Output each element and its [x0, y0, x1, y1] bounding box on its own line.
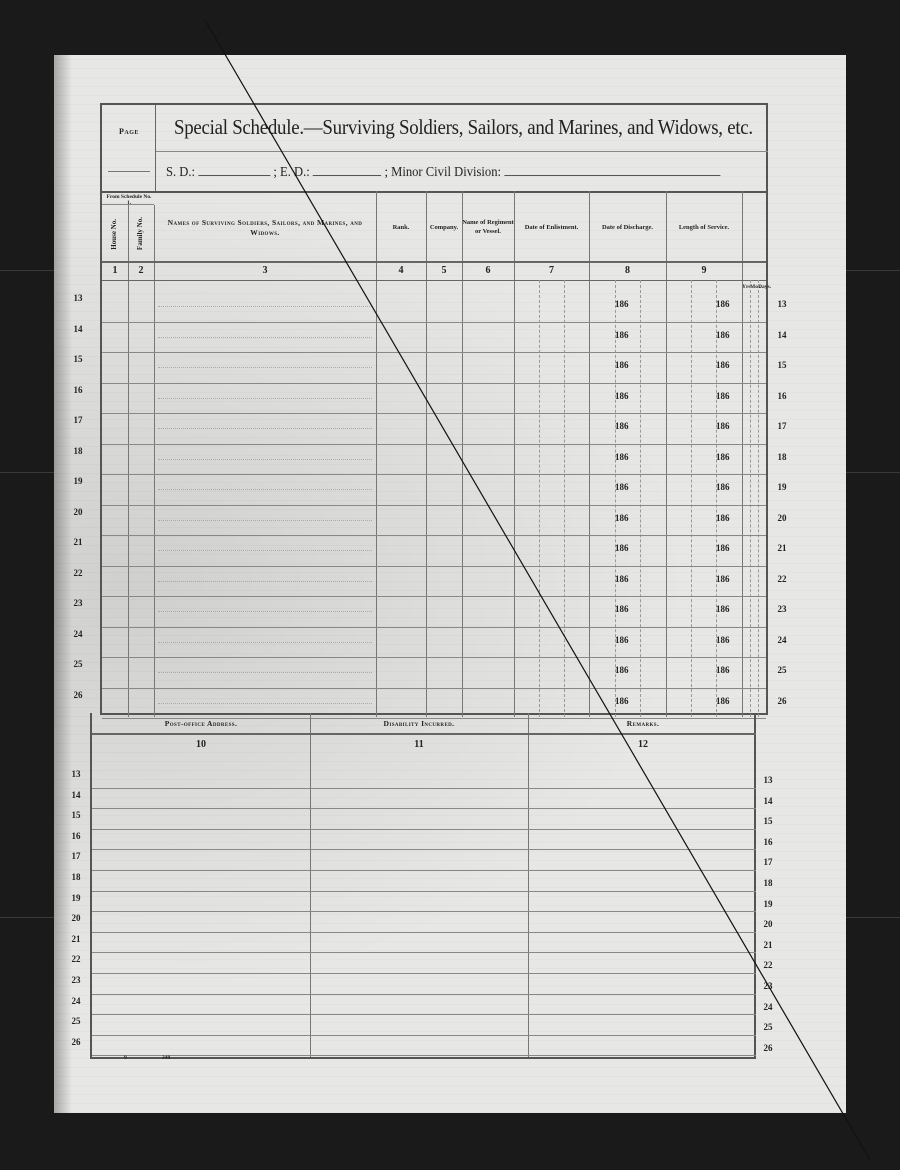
column-header-6: Name of Regiment or Vessel. [462, 193, 514, 263]
enlistment-year-prefix: 186 [615, 330, 629, 340]
table-row-rule [102, 383, 766, 384]
bottom-row-rule [92, 849, 756, 850]
row-number-right: 19 [770, 482, 794, 492]
district-fields: S. D.: ; E. D.: ; Minor Civil Division: [166, 165, 720, 181]
bottom-row-number-right: 21 [756, 940, 780, 950]
bottom-row-rule [92, 891, 756, 892]
bottom-row-number-right: 20 [756, 919, 780, 929]
subcolumn-divider [615, 280, 616, 717]
bottom-row-rule [92, 788, 756, 789]
table-row-rule [102, 688, 766, 689]
enlistment-year-prefix: 186 [615, 604, 629, 614]
name-subline [158, 520, 372, 521]
bottom-row-rule [92, 808, 756, 809]
table-row-rule [102, 474, 766, 475]
discharge-year-prefix: 186 [716, 299, 730, 309]
title-rule [156, 151, 768, 152]
bottom-row-number-left: 26 [64, 1037, 88, 1047]
table-row-rule [102, 596, 766, 597]
from-schedule-rule [102, 204, 154, 205]
discharge-year-prefix: 186 [716, 421, 730, 431]
column-divider [589, 191, 590, 717]
row-number-left: 16 [66, 385, 90, 395]
name-subline [158, 459, 372, 460]
discharge-year-prefix: 186 [716, 604, 730, 614]
row-number-right: 24 [770, 635, 794, 645]
row-number-right: 18 [770, 452, 794, 462]
enlistment-year-prefix: 186 [615, 452, 629, 462]
column-number: 8 [589, 265, 666, 276]
sd-label: S. D.: [166, 165, 195, 180]
bottom-row-number-left: 24 [64, 996, 88, 1006]
column-header-label: Rank. [393, 224, 410, 233]
form-title: Special Schedule.—Surviving Soldiers, Sa… [174, 115, 753, 140]
column-divider [514, 191, 515, 717]
column-header-9: Length of Service. [666, 193, 742, 263]
bottom-row-number-left: 23 [64, 975, 88, 985]
row-number-right: 16 [770, 391, 794, 401]
column-header-label: Names of Surviving Soldiers, Sailors, an… [154, 218, 376, 238]
veterans-schedule-top-table: Page Special Schedule.—Surviving Soldier… [100, 103, 768, 715]
discharge-year-prefix: 186 [716, 665, 730, 675]
table-row-rule [102, 627, 766, 628]
service-subcolumn-mos: Mos. [750, 284, 758, 290]
bottom-row-rule [92, 994, 756, 995]
enlistment-year-prefix: 186 [615, 482, 629, 492]
bottom-row-number-right: 24 [756, 1002, 780, 1012]
row-number-right: 14 [770, 330, 794, 340]
name-subline [158, 642, 372, 643]
bottom-row-number-left: 20 [64, 913, 88, 923]
table-row-rule [102, 322, 766, 323]
column-header-label: Company. [430, 224, 458, 233]
column-header-label: Date of Enlistment. [525, 224, 579, 233]
row-number-left: 15 [66, 354, 90, 364]
column-header-3: Names of Surviving Soldiers, Sailors, an… [154, 193, 376, 263]
footer-mark: 240 [162, 1055, 170, 1061]
table-row-rule [102, 535, 766, 536]
column-number: 5 [426, 265, 462, 276]
column-header-1: House No. [102, 205, 128, 263]
bottom-row-number-left: 15 [64, 810, 88, 820]
name-subline [158, 611, 372, 612]
bottom-row-number-right: 16 [756, 837, 780, 847]
row-number-left: 13 [66, 293, 90, 303]
census-form-page: Page Special Schedule.—Surviving Soldier… [54, 55, 846, 1113]
column-header-label: Family No. [136, 217, 145, 250]
bottom-header-rule [92, 733, 756, 735]
row-number-left: 17 [66, 415, 90, 425]
bottom-row-rule [92, 952, 756, 953]
service-subcolumn-yrs: Yrs. [742, 284, 750, 290]
name-subline [158, 672, 372, 673]
enlistment-year-prefix: 186 [615, 635, 629, 645]
bottom-row-number-left: 17 [64, 851, 88, 861]
enlistment-year-prefix: 186 [615, 665, 629, 675]
discharge-year-prefix: 186 [716, 543, 730, 553]
bottom-row-number-right: 13 [756, 775, 780, 785]
bottom-row-number-left: 19 [64, 893, 88, 903]
bottom-row-number-left: 14 [64, 790, 88, 800]
bottom-column-header-11: Disability Incurred. [310, 719, 528, 728]
bottom-row-rule [92, 829, 756, 830]
enlistment-year-prefix: 186 [615, 299, 629, 309]
column-divider [128, 205, 129, 717]
table-row-rule [102, 566, 766, 567]
bottom-row-number-left: 21 [64, 934, 88, 944]
column-header-4: Rank. [376, 193, 426, 263]
bottom-row-number-right: 18 [756, 878, 780, 888]
bottom-row-number-left: 25 [64, 1016, 88, 1026]
bottom-row-number-right: 23 [756, 981, 780, 991]
page-number-blank [108, 171, 150, 172]
table-row-rule [102, 413, 766, 414]
row-number-right: 22 [770, 574, 794, 584]
name-subline [158, 428, 372, 429]
subcolumn-divider [750, 280, 751, 717]
discharge-year-prefix: 186 [716, 360, 730, 370]
row-number-left: 23 [66, 598, 90, 608]
name-subline [158, 703, 372, 704]
column-header-label: Date of Discharge. [602, 224, 653, 233]
enlistment-year-prefix: 186 [615, 421, 629, 431]
column-number: 9 [666, 265, 742, 276]
row-number-right: 26 [770, 696, 794, 706]
column-number: 3 [154, 265, 376, 276]
subcolumn-divider [716, 280, 717, 717]
row-number-right: 13 [770, 299, 794, 309]
bottom-row-rule [92, 932, 756, 933]
table-row-rule [102, 352, 766, 353]
column-number: 6 [462, 265, 514, 276]
bottom-row-rule [92, 1035, 756, 1036]
column-divider [742, 191, 743, 717]
column-header-2: Family No. [128, 205, 154, 263]
veterans-schedule-bottom-table: Post-office Address.10Disability Incurre… [90, 713, 756, 1059]
bottom-column-number: 11 [310, 739, 528, 750]
row-number-left: 24 [66, 629, 90, 639]
bottom-row-rule [92, 1055, 756, 1056]
column-number: 1 [102, 265, 128, 276]
name-subline [158, 398, 372, 399]
bottom-row-number-right: 19 [756, 899, 780, 909]
row-number-right: 15 [770, 360, 794, 370]
bottom-row-number-left: 18 [64, 872, 88, 882]
mcd-field[interactable] [504, 166, 720, 176]
row-number-left: 14 [66, 324, 90, 334]
column-number: 7 [514, 265, 589, 276]
column-number: 4 [376, 265, 426, 276]
row-number-left: 21 [66, 537, 90, 547]
column-divider [666, 191, 667, 717]
bottom-column-number: 10 [92, 739, 310, 750]
column-header-8: Date of Discharge. [589, 193, 666, 263]
bottom-row-number-left: 16 [64, 831, 88, 841]
bottom-column-header-12: Remarks. [528, 719, 758, 728]
column-divider [154, 205, 155, 717]
ed-label: ; E. D.: [273, 165, 309, 180]
bottom-row-rule [92, 1014, 756, 1015]
service-subcolumn-days: Days. [758, 284, 766, 290]
page-label: Page [102, 127, 156, 136]
ed-field[interactable] [313, 166, 381, 176]
bottom-row-number-right: 25 [756, 1022, 780, 1032]
column-divider [376, 191, 377, 717]
row-number-left: 22 [66, 568, 90, 578]
name-subline [158, 367, 372, 368]
enlistment-year-prefix: 186 [615, 574, 629, 584]
name-subline [158, 306, 372, 307]
enlistment-year-prefix: 186 [615, 696, 629, 706]
row-number-right: 17 [770, 421, 794, 431]
footer-mark: 9 [124, 1055, 127, 1061]
enlistment-year-prefix: 186 [615, 391, 629, 401]
column-header-label: House No. [110, 219, 119, 250]
discharge-year-prefix: 186 [716, 513, 730, 523]
name-subline [158, 581, 372, 582]
bottom-row-number-right: 17 [756, 857, 780, 867]
bottom-row-rule [92, 911, 756, 912]
column-header-label: Name of Regiment or Vessel. [462, 219, 514, 237]
column-header-5: Company. [426, 193, 462, 263]
subcolumn-divider [691, 280, 692, 717]
row-number-right: 23 [770, 604, 794, 614]
row-number-left: 20 [66, 507, 90, 517]
row-number-right: 20 [770, 513, 794, 523]
discharge-year-prefix: 186 [716, 452, 730, 462]
column-header-7: Date of Enlistment. [514, 193, 589, 263]
table-row-rule [102, 505, 766, 506]
row-number-left: 25 [66, 659, 90, 669]
column-divider [426, 191, 427, 717]
subcolumn-divider [640, 280, 641, 717]
bottom-row-number-left: 22 [64, 954, 88, 964]
enlistment-year-prefix: 186 [615, 360, 629, 370]
row-number-left: 19 [66, 476, 90, 486]
bottom-column-divider [528, 713, 529, 1057]
discharge-year-prefix: 186 [716, 482, 730, 492]
discharge-year-prefix: 186 [716, 574, 730, 584]
bottom-row-number-left: 13 [64, 769, 88, 779]
row-number-left: 26 [66, 690, 90, 700]
sd-field[interactable] [198, 166, 270, 176]
table-row-rule [102, 444, 766, 445]
discharge-year-prefix: 186 [716, 635, 730, 645]
enlistment-year-prefix: 186 [615, 543, 629, 553]
bottom-row-number-right: 26 [756, 1043, 780, 1053]
bottom-column-header-10: Post-office Address. [92, 719, 310, 728]
column-number-rule [102, 280, 766, 281]
subcolumn-divider [539, 280, 540, 717]
bottom-column-divider [310, 713, 311, 1057]
bottom-row-number-right: 14 [756, 796, 780, 806]
discharge-year-prefix: 186 [716, 330, 730, 340]
column-number: 2 [128, 265, 154, 276]
column-divider [462, 191, 463, 717]
subcolumn-divider [564, 280, 565, 717]
page-number-box: Page [102, 105, 156, 191]
column-number-rule [102, 261, 766, 263]
name-subline [158, 550, 372, 551]
column-header-label: Length of Service. [679, 224, 729, 233]
bottom-row-number-right: 22 [756, 960, 780, 970]
row-number-left: 18 [66, 446, 90, 456]
name-subline [158, 337, 372, 338]
enlistment-year-prefix: 186 [615, 513, 629, 523]
discharge-year-prefix: 186 [716, 696, 730, 706]
row-number-right: 21 [770, 543, 794, 553]
mcd-label: ; Minor Civil Division: [384, 165, 501, 180]
subcolumn-divider [758, 280, 759, 717]
bottom-row-rule [92, 973, 756, 974]
bottom-row-rule [92, 870, 756, 871]
name-subline [158, 489, 372, 490]
bottom-row-number-right: 15 [756, 816, 780, 826]
table-row-rule [102, 657, 766, 658]
discharge-year-prefix: 186 [716, 391, 730, 401]
row-number-right: 25 [770, 665, 794, 675]
bottom-column-number: 12 [528, 739, 758, 750]
